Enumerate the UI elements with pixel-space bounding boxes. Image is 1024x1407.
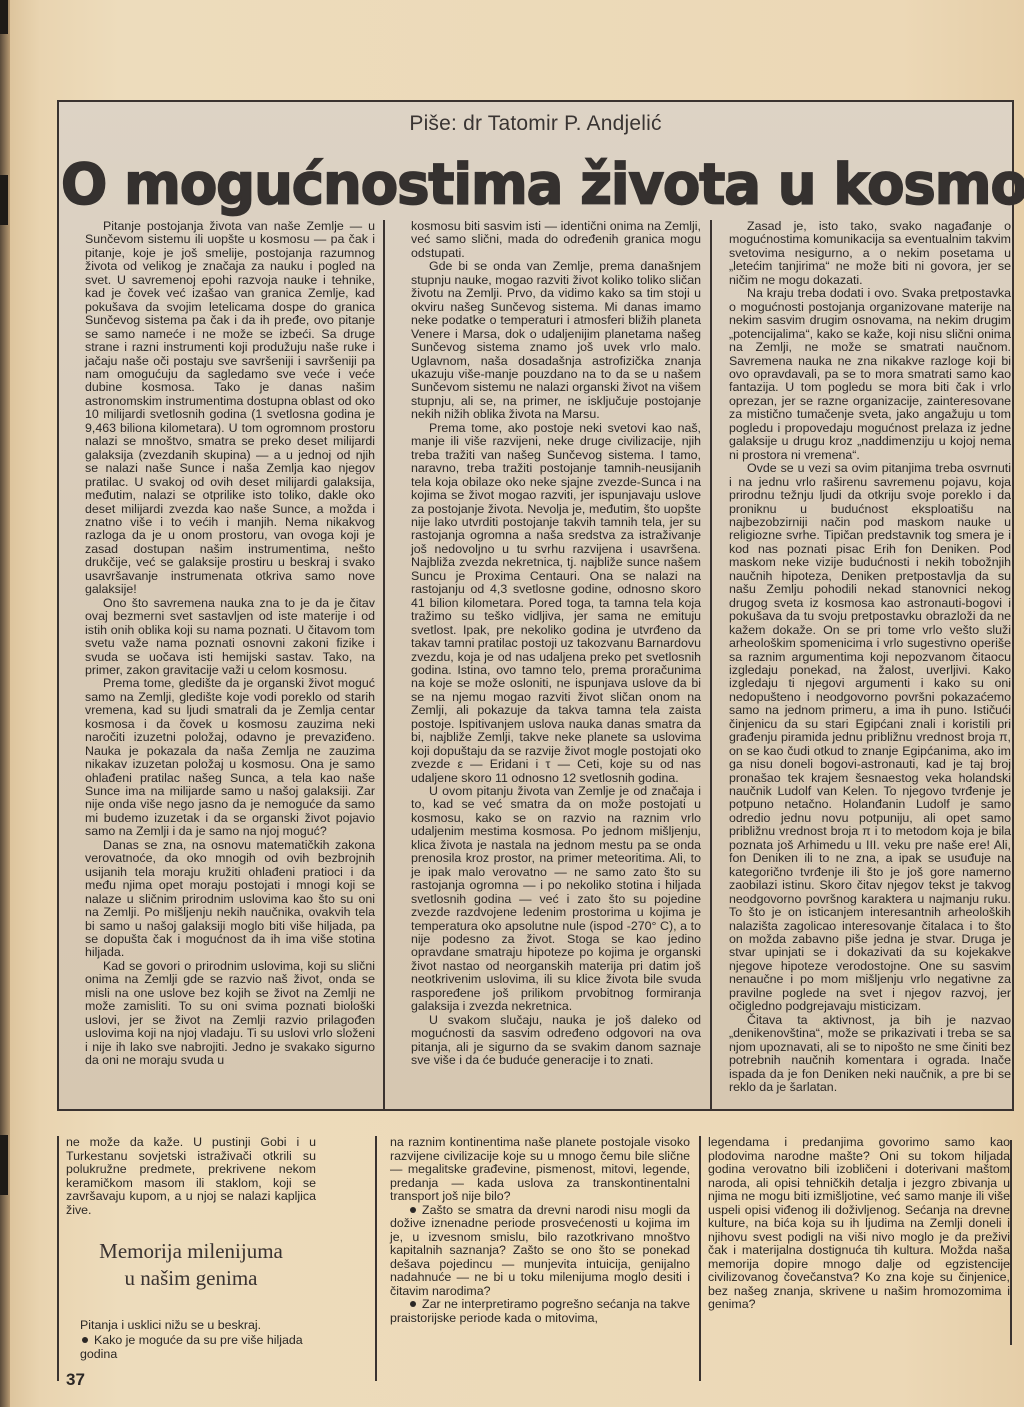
paragraph: legendama i predanjima govorimo samo kao…	[708, 1136, 1010, 1312]
column-divider	[383, 220, 385, 1110]
bullet-text: Kako je moguće da su pre više hiljada go…	[80, 1333, 303, 1362]
paragraph: Kad se govori o prirodnim uslovima, koji…	[85, 960, 375, 1068]
bullet-icon	[82, 1337, 88, 1343]
paragraph: na raznim kontinentima naše planete post…	[390, 1136, 690, 1204]
page-number: 37	[66, 1370, 85, 1390]
column-divider	[57, 1136, 59, 1381]
paragraph: Prema tome, gledište da je organski živo…	[85, 677, 375, 838]
article-column-2: kosmosu biti sasvim isti — identični oni…	[411, 220, 701, 1068]
spine-mark	[0, 1135, 8, 1195]
column-divider	[1010, 1140, 1012, 1345]
subheading-line: Memorija milenijuma	[66, 1238, 316, 1265]
bullet-item: Kako je moguće da su pre više hiljada go…	[80, 1333, 320, 1362]
bullet-paragraph: Zar ne interpretiramo pogrešno sećanja n…	[390, 1298, 690, 1325]
column-divider	[699, 1136, 701, 1381]
column-divider	[710, 220, 712, 1110]
article-box: Piše: dr Tatomir P. Andjelić O mogućnost…	[57, 100, 1014, 1111]
page-spine	[0, 0, 10, 1407]
article-column-3: Zasad je, isto tako, svako nagađanje o m…	[729, 220, 1011, 1094]
paragraph: ne može da kaže. U pustinji Gobi i u Tur…	[66, 1136, 316, 1217]
spine-mark	[0, 175, 8, 225]
section-subheading: Memorija milenijuma u našim genima	[66, 1238, 316, 1292]
bullet-icon	[410, 1207, 416, 1213]
continuation-column-2: na raznim kontinentima naše planete post…	[390, 1136, 690, 1325]
paragraph: Zasad je, isto tako, svako nagađanje o m…	[729, 220, 1011, 287]
article-headline: O mogućnostima života u kosmosu	[61, 152, 1024, 217]
paragraph: Prema tome, ako postoje neki svetovi kao…	[411, 422, 701, 785]
paragraph: Gde bi se onda van Zemlje, prema današnj…	[411, 260, 701, 421]
bullet-icon	[410, 1301, 416, 1307]
bullet-text: Zar ne interpretiramo pogrešno sećanja n…	[390, 1297, 690, 1325]
intro-line: Pitanja i usklici nižu se u beskraj.	[80, 1318, 320, 1333]
paragraph: Ono što savremena nauka zna to je da je …	[85, 597, 375, 678]
subheading-line: u našim genima	[66, 1265, 316, 1292]
bullet-paragraph: Zašto se smatra da drevni narodi nisu mo…	[390, 1204, 690, 1299]
paragraph: U ovom pitanju života van Zemlje je od z…	[411, 785, 701, 1014]
paragraph: kosmosu biti sasvim isti — identični oni…	[411, 220, 701, 260]
article-column-1: Pitanje postojanja života van naše Zemlj…	[85, 220, 375, 1068]
column-divider	[375, 1136, 377, 1381]
paragraph: Pitanje postojanja života van naše Zemlj…	[85, 220, 375, 597]
spine-mark	[0, 0, 8, 34]
continuation-intro: Pitanja i usklici nižu se u beskraj. Kak…	[80, 1318, 320, 1362]
continuation-column-1: ne može da kaže. U pustinji Gobi i u Tur…	[66, 1136, 316, 1217]
paragraph: U svakom slučaju, nauka je još daleko od…	[411, 1014, 701, 1068]
paragraph: Danas se zna, na osnovu matematičkih zak…	[85, 839, 375, 960]
continuation-column-3: legendama i predanjima govorimo samo kao…	[708, 1136, 1010, 1312]
article-byline: Piše: dr Tatomir P. Andjelić	[59, 112, 1012, 136]
bullet-text: Zašto se smatra da drevni narodi nisu mo…	[390, 1203, 690, 1298]
paragraph: Ovde se u vezi sa ovim pitanjima treba o…	[729, 462, 1011, 1014]
paragraph: Čitava ta aktivnost, ja bih je nazvao „d…	[729, 1014, 1011, 1095]
paragraph: Na kraju treba dodati i ovo. Svaka pretp…	[729, 287, 1011, 462]
